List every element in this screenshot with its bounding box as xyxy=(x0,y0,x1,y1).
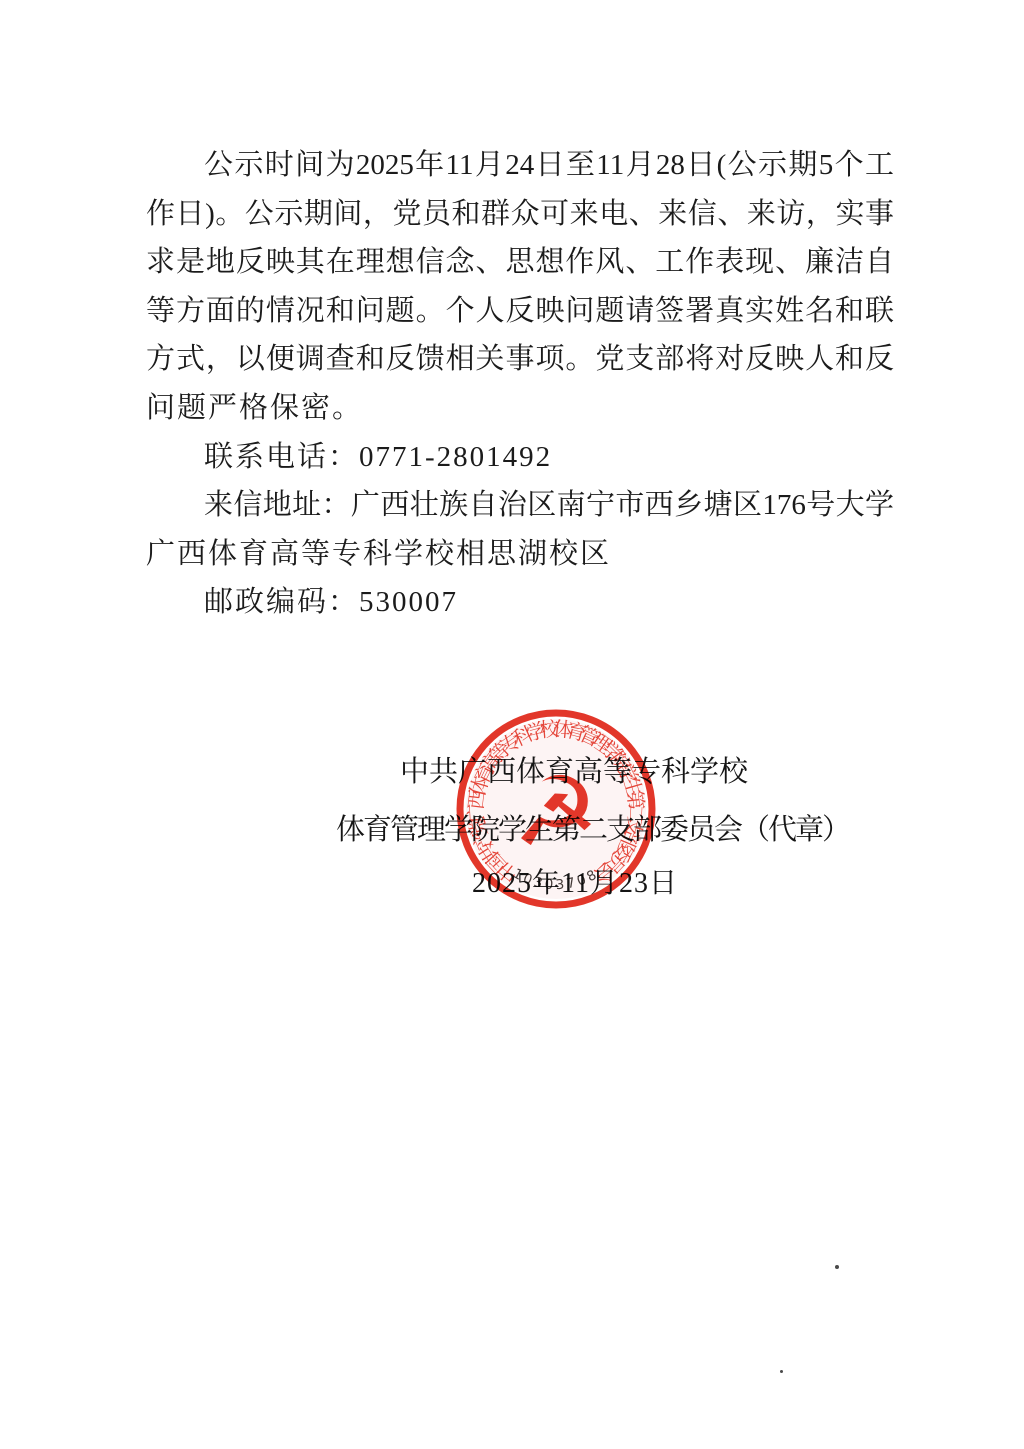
signature-org-line-1: 中共广西体育高等专科学校 xyxy=(400,749,748,790)
signature-date: 2025年11月23日 xyxy=(472,861,678,901)
body-line: 作日)。公示期间，党员和群众可来电、来信、来访，实事 xyxy=(146,190,894,239)
body-line: 方式，以便调查和反馈相关事项。党支部将对反映人和反映 xyxy=(146,335,894,384)
body-line: 问题严格保密。 xyxy=(146,384,894,433)
mail-address-line: 来信地址：广西壮族自治区南宁市西乡塘区176号大学西路 xyxy=(146,481,894,530)
notice-body: 公示时间为2025年11月24日至11月28日(公示期5个工 作日)。公示期间，… xyxy=(146,141,894,627)
postal-code-line: 邮政编码：530007 xyxy=(146,578,894,627)
body-line: 等方面的情况和问题。个人反映问题请签署真实姓名和联系 xyxy=(146,287,894,336)
body-line: 公示时间为2025年11月24日至11月28日(公示期5个工 xyxy=(146,141,894,190)
scan-speck-dot xyxy=(780,1370,783,1373)
scan-speck-dot xyxy=(835,1265,839,1269)
scanned-document-page: 公示时间为2025年11月24日至11月28日(公示期5个工 作日)。公示期间，… xyxy=(0,0,1024,1449)
body-line: 求是地反映其在理想信念、思想作风、工作表现、廉洁自律 xyxy=(146,238,894,287)
contact-phone-line: 联系电话：0771-2801492 xyxy=(146,433,894,482)
signature-org-line-2: 体育管理学院学生第二支部委员会（代章） xyxy=(336,807,849,848)
mail-address-line-2: 广西体育高等专科学校相思湖校区 xyxy=(146,530,894,579)
